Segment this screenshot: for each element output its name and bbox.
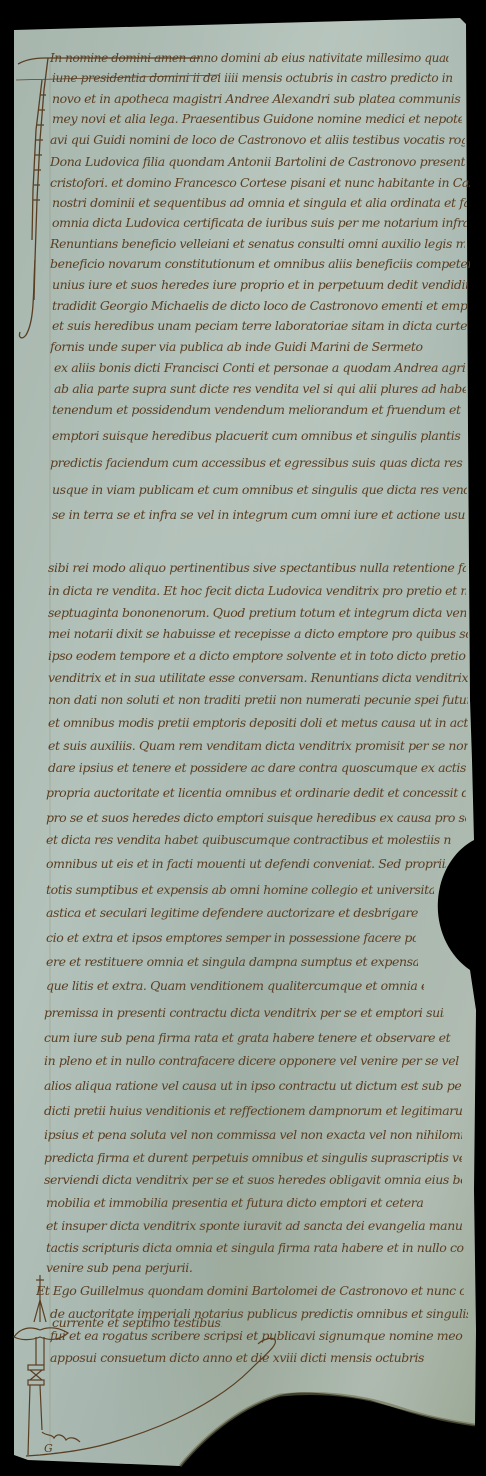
text-line: serviendi dicta venditrix per se et suos… [44, 1172, 462, 1188]
text-line: unius iure et suos heredes iure proprio … [52, 277, 467, 293]
text-line: in pleno et in nullo contrafacere dicere… [44, 1053, 462, 1069]
text-line: In nomine domini amen anno domini ab eiu… [50, 50, 448, 66]
notary-subscription-line: apposui consuetum dicto anno et die xvii… [50, 1350, 468, 1366]
text-line: novo et in apotheca magistri Andree Alex… [52, 91, 462, 107]
text-line: avi qui Guidi nomini de loco de Castrono… [50, 132, 465, 148]
text-line: sibi rei modo aliquo pertinentibus sive … [48, 560, 466, 576]
text-line: septuaginta bononenorum. Quod pretium to… [48, 605, 466, 621]
text-line: et suis auxiliis. Quam rem venditam dict… [48, 738, 468, 754]
svg-text:G: G [44, 1442, 53, 1455]
text-line: que litis et extra. Quam venditionem qua… [46, 978, 424, 994]
text-line: venditrix et in sua utilitate esse conve… [48, 670, 468, 686]
notary-subscription-line: currente et septimo testibus. [52, 1315, 222, 1331]
text-line: et omnibus modis pretii emptoris deposit… [48, 715, 468, 731]
text-line: usque in viam publicam et cum omnibus et… [52, 482, 467, 498]
text-line: mey novi et alia lega. Praesentibus Guid… [52, 111, 462, 127]
text-line: ipso eodem tempore et a dicto emptore so… [48, 648, 468, 664]
text-line: cristofori. et domino Francesco Cortese … [50, 175, 470, 191]
text-line: premissa in presenti contractu dicta ven… [44, 1005, 444, 1021]
text-line: predicta firma et durent perpetuis omnib… [44, 1150, 462, 1166]
text-line: omnibus ut eis et in facti mouenti ut de… [46, 856, 446, 872]
text-line: alios aliqua ratione vel causa ut in ips… [44, 1078, 462, 1094]
text-line: cum iure sub pena firma rata et grata ha… [44, 1030, 454, 1046]
text-line: et suis heredibus unam peciam terre labo… [52, 318, 467, 334]
text-line: dicti pretii huius venditionis et reffec… [44, 1103, 462, 1119]
text-line: venire sub pena perjurii. [46, 1260, 246, 1276]
text-line: mobilia et immobilia presentia et futura… [46, 1195, 464, 1211]
text-line: se in terra se et infra se vel in integr… [52, 507, 467, 523]
text-line: emptori suisque heredibus placuerit cum … [52, 428, 464, 444]
text-line: ex aliis bonis dicti Francisci Conti et … [54, 360, 466, 376]
text-line: et insuper dicta venditrix sponte iuravi… [46, 1218, 464, 1234]
text-line: ipsius et pena soluta vel non commissa v… [44, 1127, 462, 1143]
text-line: nostri dominii et sequentibus ad omnia e… [52, 195, 467, 211]
text-line: propria auctoritate et licentia omnibus … [46, 785, 466, 801]
text-line: tenendum et possidendum vendendum melior… [52, 402, 464, 418]
text-line: predictis faciendum cum accessibus et eg… [50, 455, 465, 471]
text-line: ere et restituere omnia et singula dampn… [46, 954, 418, 970]
text-line: tradidit Georgio Michaelis de dicto loco… [52, 298, 467, 314]
text-line: in dicta re vendita. Et hoc fecit dicta … [48, 583, 466, 599]
text-line: astica et seculari legitime defendere au… [46, 905, 422, 921]
text-line: Dona Ludovica filia quondam Antonii Bart… [50, 154, 465, 170]
text-line: dare ipsius et tenere et possidere ac da… [48, 760, 468, 776]
text-line: pro se et suos heredes dicto emptori sui… [46, 810, 466, 826]
text-line: non dati non soluti et non traditi preti… [48, 692, 468, 708]
text-line: mei notarii dixit se habuisse et recepis… [48, 626, 468, 642]
text-line: omnia dicta Ludovica certificata de iuri… [52, 215, 467, 231]
text-line: Renuntians beneficio velleiani et senatu… [50, 236, 465, 252]
manuscript-page: G In nomine domini amen anno domini ab e… [0, 0, 486, 1476]
text-line: iune presidentia domini ii dei iiii mens… [52, 70, 455, 86]
text-line: tactis scripturis dicta omnia et singula… [46, 1240, 464, 1256]
text-line: fornis unde super via publica ab inde Gu… [50, 339, 465, 355]
text-line: beneficio novarum constitutionum et omni… [50, 256, 470, 272]
text-line: cio et extra et ipsos emptores semper in… [46, 930, 416, 946]
text-line: totis sumptibus et expensis ab omni homi… [46, 882, 434, 898]
text-line: et dicta res vendita habet quibuscumque … [46, 832, 451, 848]
text-line: ab alia parte supra sunt dicte res vendi… [54, 381, 466, 397]
notary-subscription-line: Et Ego Guillelmus quondam domini Bartolo… [36, 1283, 464, 1299]
